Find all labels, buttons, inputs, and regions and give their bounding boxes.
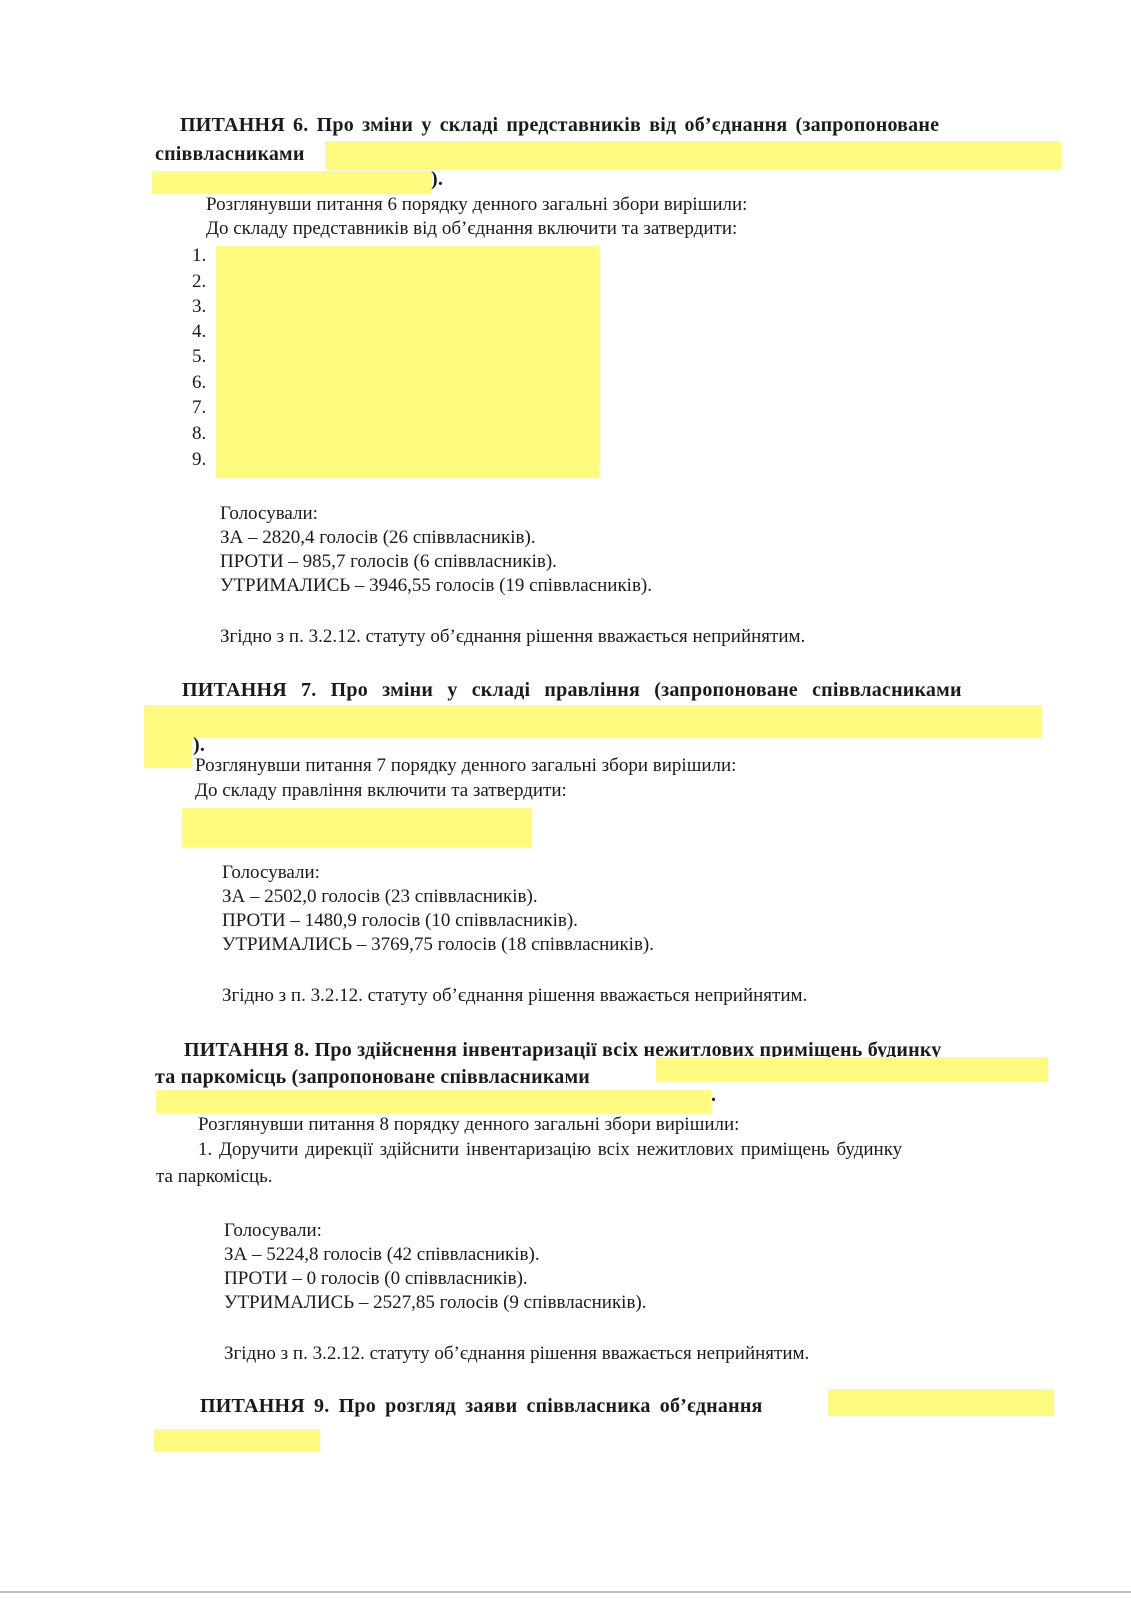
list-number: 8.	[192, 423, 206, 445]
q7-votes-abstained: УТРИМАЛИСЬ – 3769,75 голосів (18 співвла…	[222, 934, 654, 956]
redaction-highlight	[325, 141, 1061, 170]
q8-decision-line2: та паркомісць.	[156, 1166, 273, 1188]
list-number: 9.	[192, 449, 206, 471]
q9-heading-line1: ПИТАННЯ 9. Про розгляд заяви співвласник…	[200, 1395, 763, 1418]
redaction-highlight	[152, 171, 432, 194]
list-number: 4.	[192, 321, 206, 343]
list-number: 1.	[192, 245, 206, 267]
q8-votes-against: ПРОТИ – 0 голосів (0 співвласників).	[224, 1268, 528, 1290]
q8-votes-for: ЗА – 5224,8 голосів (42 співвласників).	[224, 1244, 540, 1266]
redaction-highlight	[656, 1057, 1048, 1082]
q6-heading-end: ).	[431, 168, 443, 191]
q8-heading-end: .	[711, 1084, 716, 1107]
q7-votes-title: Голосували:	[222, 862, 320, 884]
list-number: 6.	[192, 372, 206, 394]
q6-votes-for: ЗА – 2820,4 голосів (26 співвласників).	[220, 527, 536, 549]
q7-considered: Розглянувши питання 7 порядку денного за…	[195, 755, 736, 777]
q6-heading-line1: ПИТАННЯ 6. Про зміни у складі представни…	[180, 114, 939, 137]
q8-votes-abstained: УТРИМАЛИСЬ – 2527,85 голосів (9 співвлас…	[224, 1292, 647, 1314]
q6-heading-line2: співвласниками	[155, 143, 305, 166]
q6-result: Згідно з п. 3.2.12. статуту об’єднання р…	[220, 626, 805, 648]
redaction-highlight	[216, 246, 599, 478]
q7-votes-for: ЗА – 2502,0 голосів (23 співвласників).	[222, 886, 538, 908]
q7-votes-against: ПРОТИ – 1480,9 голосів (10 співвласників…	[222, 910, 578, 932]
q6-votes-against: ПРОТИ – 985,7 голосів (6 співвласників).	[220, 551, 557, 573]
q7-heading-line1: ПИТАННЯ 7. Про зміни у складі правління …	[182, 679, 962, 702]
q8-decision-line1: 1. Доручити дирекції здійснити інвентари…	[198, 1139, 902, 1161]
redaction-highlight	[156, 1090, 711, 1113]
scan-edge-line	[0, 1591, 1131, 1593]
list-number: 7.	[192, 397, 206, 419]
redaction-highlight	[144, 738, 192, 768]
q7-decision: До складу правління включити та затверди…	[195, 780, 567, 802]
redaction-highlight	[144, 705, 1042, 738]
q7-heading-end: ).	[193, 734, 205, 757]
q6-votes-abstained: УТРИМАЛИСЬ – 3946,55 голосів (19 співвла…	[220, 575, 652, 597]
list-number: 2.	[192, 271, 206, 293]
list-number: 3.	[192, 296, 206, 318]
q8-votes-title: Голосували:	[224, 1220, 322, 1242]
q8-considered: Розглянувши питання 8 порядку денного за…	[198, 1114, 739, 1136]
redaction-highlight	[154, 1429, 320, 1452]
q6-considered: Розглянувши питання 6 порядку денного за…	[206, 194, 747, 216]
q6-decision: До складу представників від об’єднання в…	[206, 218, 737, 240]
q7-result: Згідно з п. 3.2.12. статуту об’єднання р…	[222, 985, 807, 1007]
q8-result: Згідно з п. 3.2.12. статуту об’єднання р…	[224, 1343, 809, 1365]
redaction-highlight	[828, 1389, 1054, 1416]
list-number: 5.	[192, 346, 206, 368]
q6-votes-title: Голосували:	[220, 503, 318, 525]
redaction-highlight	[182, 808, 532, 847]
q8-heading-line2: та паркомісць (запропоноване співвласник…	[155, 1066, 590, 1089]
